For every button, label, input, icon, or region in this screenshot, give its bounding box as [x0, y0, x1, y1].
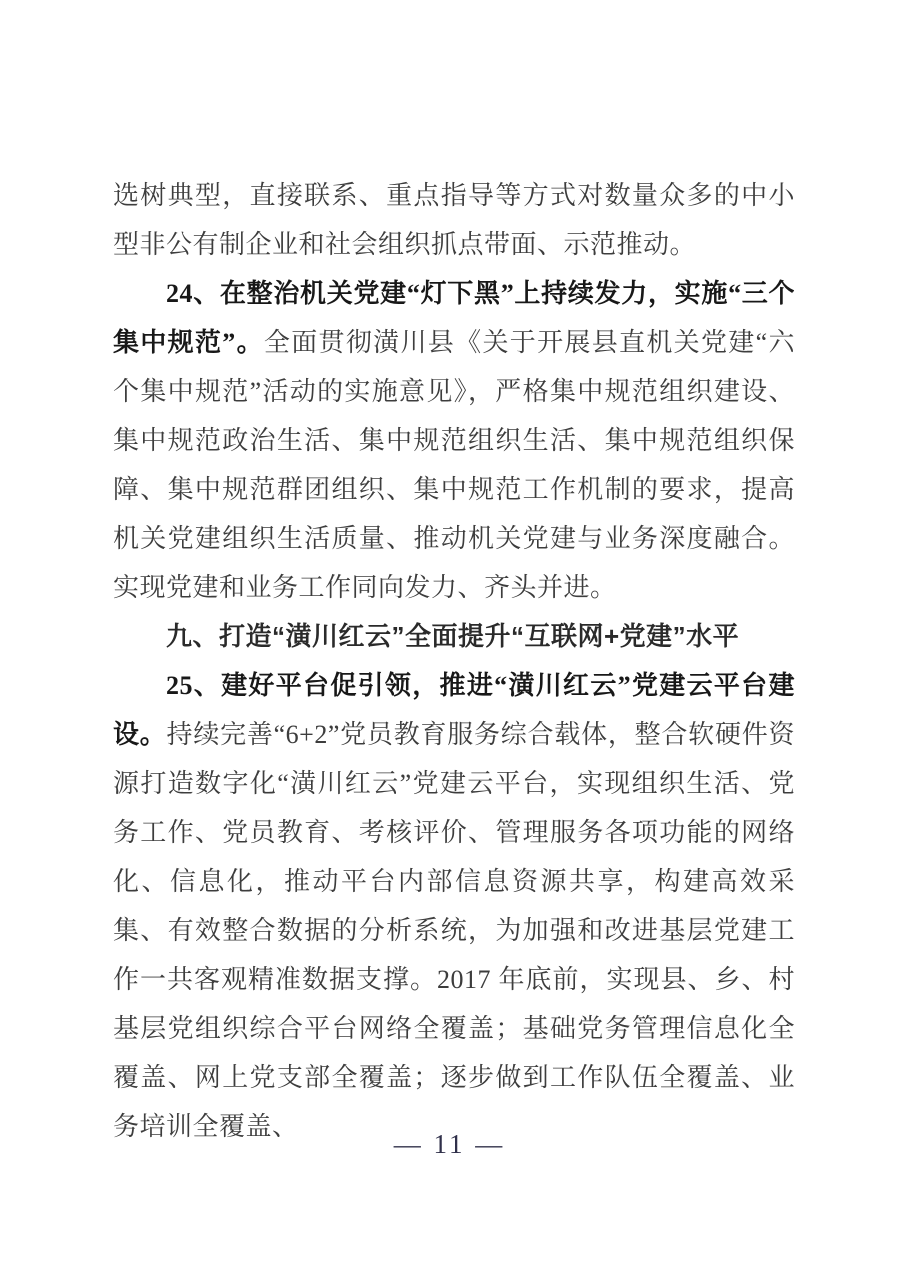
page-number: — 11 —: [0, 1124, 899, 1164]
document-page: 选树典型，直接联系、重点指导等方式对数量众多的中小型非公有制企业和社会组织抓点带…: [0, 0, 899, 1267]
paragraph: 选树典型，直接联系、重点指导等方式对数量众多的中小型非公有制企业和社会组织抓点带…: [113, 171, 795, 269]
section-heading: 九、打造“潢川红云”全面提升“互联网+党建”水平: [113, 612, 795, 661]
text-run: 全面贯彻潢川县《关于开展县直机关党建“六个集中规范”活动的实施意见》，严格集中规…: [113, 328, 795, 602]
document-body: 选树典型，直接联系、重点指导等方式对数量众多的中小型非公有制企业和社会组织抓点带…: [113, 171, 795, 1151]
paragraph: 25、建好平台促引领，推进“潢川红云”党建云平台建设。持续完善“6+2”党员教育…: [113, 661, 795, 1151]
text-run: 持续完善“6+2”党员教育服务综合载体，整合软硬件资源打造数字化“潢川红云”党建…: [113, 720, 795, 1141]
text-run: 九、打造“潢川红云”全面提升“互联网+党建”水平: [166, 621, 739, 651]
paragraph: 24、在整治机关党建“灯下黑”上持续发力，实施“三个集中规范”。全面贯彻潢川县《…: [113, 269, 795, 612]
text-run: 选树典型，直接联系、重点指导等方式对数量众多的中小型非公有制企业和社会组织抓点带…: [113, 181, 795, 259]
